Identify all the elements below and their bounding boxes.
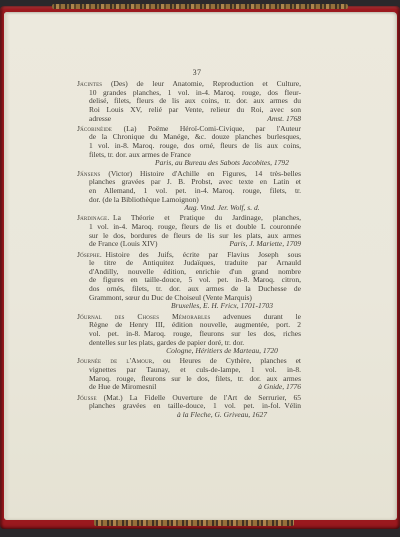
entry-text: , ou Heures de Cythère, planches et bbox=[152, 356, 301, 365]
entry-text: Roi Louis XV, relié par Vente, relieur d… bbox=[89, 105, 301, 114]
imprint-line: Cologne, Héritiers de Marteau, 1720 bbox=[89, 347, 301, 356]
catalog-entry: Jardinage. La Théorie et Pratique du Jar… bbox=[89, 214, 301, 249]
entry-text: de figures en taille-douce, 5 vol. pet. … bbox=[89, 275, 301, 284]
entry-text: (La) Poëme Héroï-Comi-Civique, par l'Aut… bbox=[112, 124, 301, 133]
imprint-line: Paris, au Bureau des Sabots Jacobites, 1… bbox=[89, 159, 301, 168]
entry-text: dor. (de la Bibliothèque Lamoignon) bbox=[89, 195, 199, 204]
entry-line: adresseAmst. 1768 bbox=[89, 115, 301, 124]
imprint-text: Bruxelles, E. H. Fricx, 1701-1703 bbox=[171, 301, 273, 310]
entry-line: de Hue de Miromesnilà Gnide, 1776 bbox=[89, 383, 301, 392]
imprint-text: Aug. Vind. Jer. Wolf, s. d. bbox=[184, 203, 259, 212]
entry-text: Maroq. rouge, fleurons sur le dos, filet… bbox=[89, 374, 301, 383]
entry-text: (Des) de leur Anatomie, Reproduction et … bbox=[102, 79, 301, 88]
catalog-entry: Jacobinéide (La) Poëme Héroï-Comi-Civiqu… bbox=[89, 125, 301, 168]
entry-text: le titre de Antiquitez Judaïques, tradui… bbox=[89, 258, 301, 267]
entry-text: adresse bbox=[89, 115, 111, 124]
entry-line: de France (Louis XIV)Paris, J. Mariette,… bbox=[89, 240, 301, 249]
entry-text: d'Andilly, nouvelle édition, enrichie d'… bbox=[89, 267, 301, 276]
page-number: 37 bbox=[85, 68, 309, 77]
catalog-entry: Journal des Choses Mémorables advenues d… bbox=[89, 313, 301, 356]
imprint-text: à la Fleche, G. Griveau, 1627 bbox=[177, 410, 267, 419]
catalog-entry: Jansens (Victor) Histoire d'Achille en F… bbox=[89, 170, 301, 213]
imprint-text: Amst. 1768 bbox=[267, 115, 301, 124]
entry-text: (Victor) Histoire d'Achille en Figures, … bbox=[100, 169, 301, 178]
entry-text: vol. pet. in-8. Maroq. rouge, fleurons s… bbox=[89, 329, 301, 338]
entry-text: de France (Louis XIV) bbox=[89, 240, 158, 249]
entry-text: delisé, filets, fleurs de lis aux coins,… bbox=[89, 96, 301, 105]
imprint-text: Paris, J. Mariette, 1709 bbox=[229, 240, 301, 249]
entry-text: . La Théorie et Pratique du Jardinage, p… bbox=[107, 213, 301, 222]
photo-backdrop: 37 Jacintes (Des) de leur Anatomie, Repr… bbox=[0, 0, 400, 537]
entry-text: 10 grandes planches, 1 vol. in-4. Maroq.… bbox=[89, 88, 301, 97]
imprint-line: Aug. Vind. Jer. Wolf, s. d. bbox=[89, 204, 301, 213]
entry-text: de la Chronique du Manége, &c. douze pla… bbox=[89, 132, 301, 141]
imprint-text: Paris, au Bureau des Sabots Jacobites, 1… bbox=[155, 158, 289, 167]
entry-text: dentelles sur les plats, gardes de papie… bbox=[89, 338, 244, 347]
entry-headword: Journée de l'Amour bbox=[77, 356, 152, 365]
entry-text: 1 vol. in-8. Maroq. rouge, dos orné, fle… bbox=[89, 141, 301, 150]
book-page: 37 Jacintes (Des) de leur Anatomie, Repr… bbox=[4, 12, 397, 520]
entry-text: sur le dos, bordures de fleurs de lis su… bbox=[89, 231, 301, 240]
entry-text: advenues durant le bbox=[210, 312, 301, 321]
entry-text: Grammont, sœur du Duc de Choiseul (Vente… bbox=[89, 293, 252, 302]
entry-text: Règne de Henry III, édition nouvelle, au… bbox=[89, 320, 301, 329]
catalog-entry: Jacintes (Des) de leur Anatomie, Reprodu… bbox=[89, 80, 301, 123]
entry-text: (Mat.) La Fidelle Ouverture de l'Art de … bbox=[97, 393, 301, 402]
entry-text: dos ornés, filets, tr. dor. aux armes de… bbox=[89, 284, 301, 293]
entry-text: 1 vol. in-4. Maroq. rouge, fleurs de lis… bbox=[89, 222, 301, 231]
catalog-entry: Journée de l'Amour, ou Heures de Cythère… bbox=[89, 357, 301, 392]
catalog-entries: Jacintes (Des) de leur Anatomie, Reprodu… bbox=[89, 80, 301, 421]
gilt-top-edge bbox=[52, 4, 348, 9]
catalog-entry: Jousse (Mat.) La Fidelle Ouverture de l'… bbox=[89, 394, 301, 420]
imprint-line: à la Fleche, G. Griveau, 1627 bbox=[89, 411, 301, 420]
entry-headword: Jardinage bbox=[77, 213, 107, 222]
imprint-text: Cologne, Héritiers de Marteau, 1720 bbox=[166, 346, 278, 355]
imprint-text: à Gnide, 1776 bbox=[258, 383, 301, 392]
entry-text: planches gravées par J. B. Probst, avec … bbox=[89, 177, 301, 186]
entry-text: planches gravées en taille-douce, 1 vol.… bbox=[89, 401, 301, 410]
entry-text: vignettes par Taunay, et culs-de-lampe, … bbox=[89, 365, 301, 374]
entry-text: . Histoire des Juifs, écrite par Flavius… bbox=[100, 250, 301, 259]
entry-text: de Hue de Miromesnil bbox=[89, 383, 156, 392]
entry-headword: Journal des Choses Mémorables bbox=[77, 312, 210, 321]
imprint-line: Bruxelles, E. H. Fricx, 1701-1703 bbox=[89, 302, 301, 311]
entry-text: filets, tr. dor. aux armes de France bbox=[89, 150, 191, 159]
catalog-entry: Josephe. Histoire des Juifs, écrite par … bbox=[89, 251, 301, 311]
entry-text: en Allemand, 1 vol. pet. in-4. Maroq. ro… bbox=[89, 186, 301, 195]
